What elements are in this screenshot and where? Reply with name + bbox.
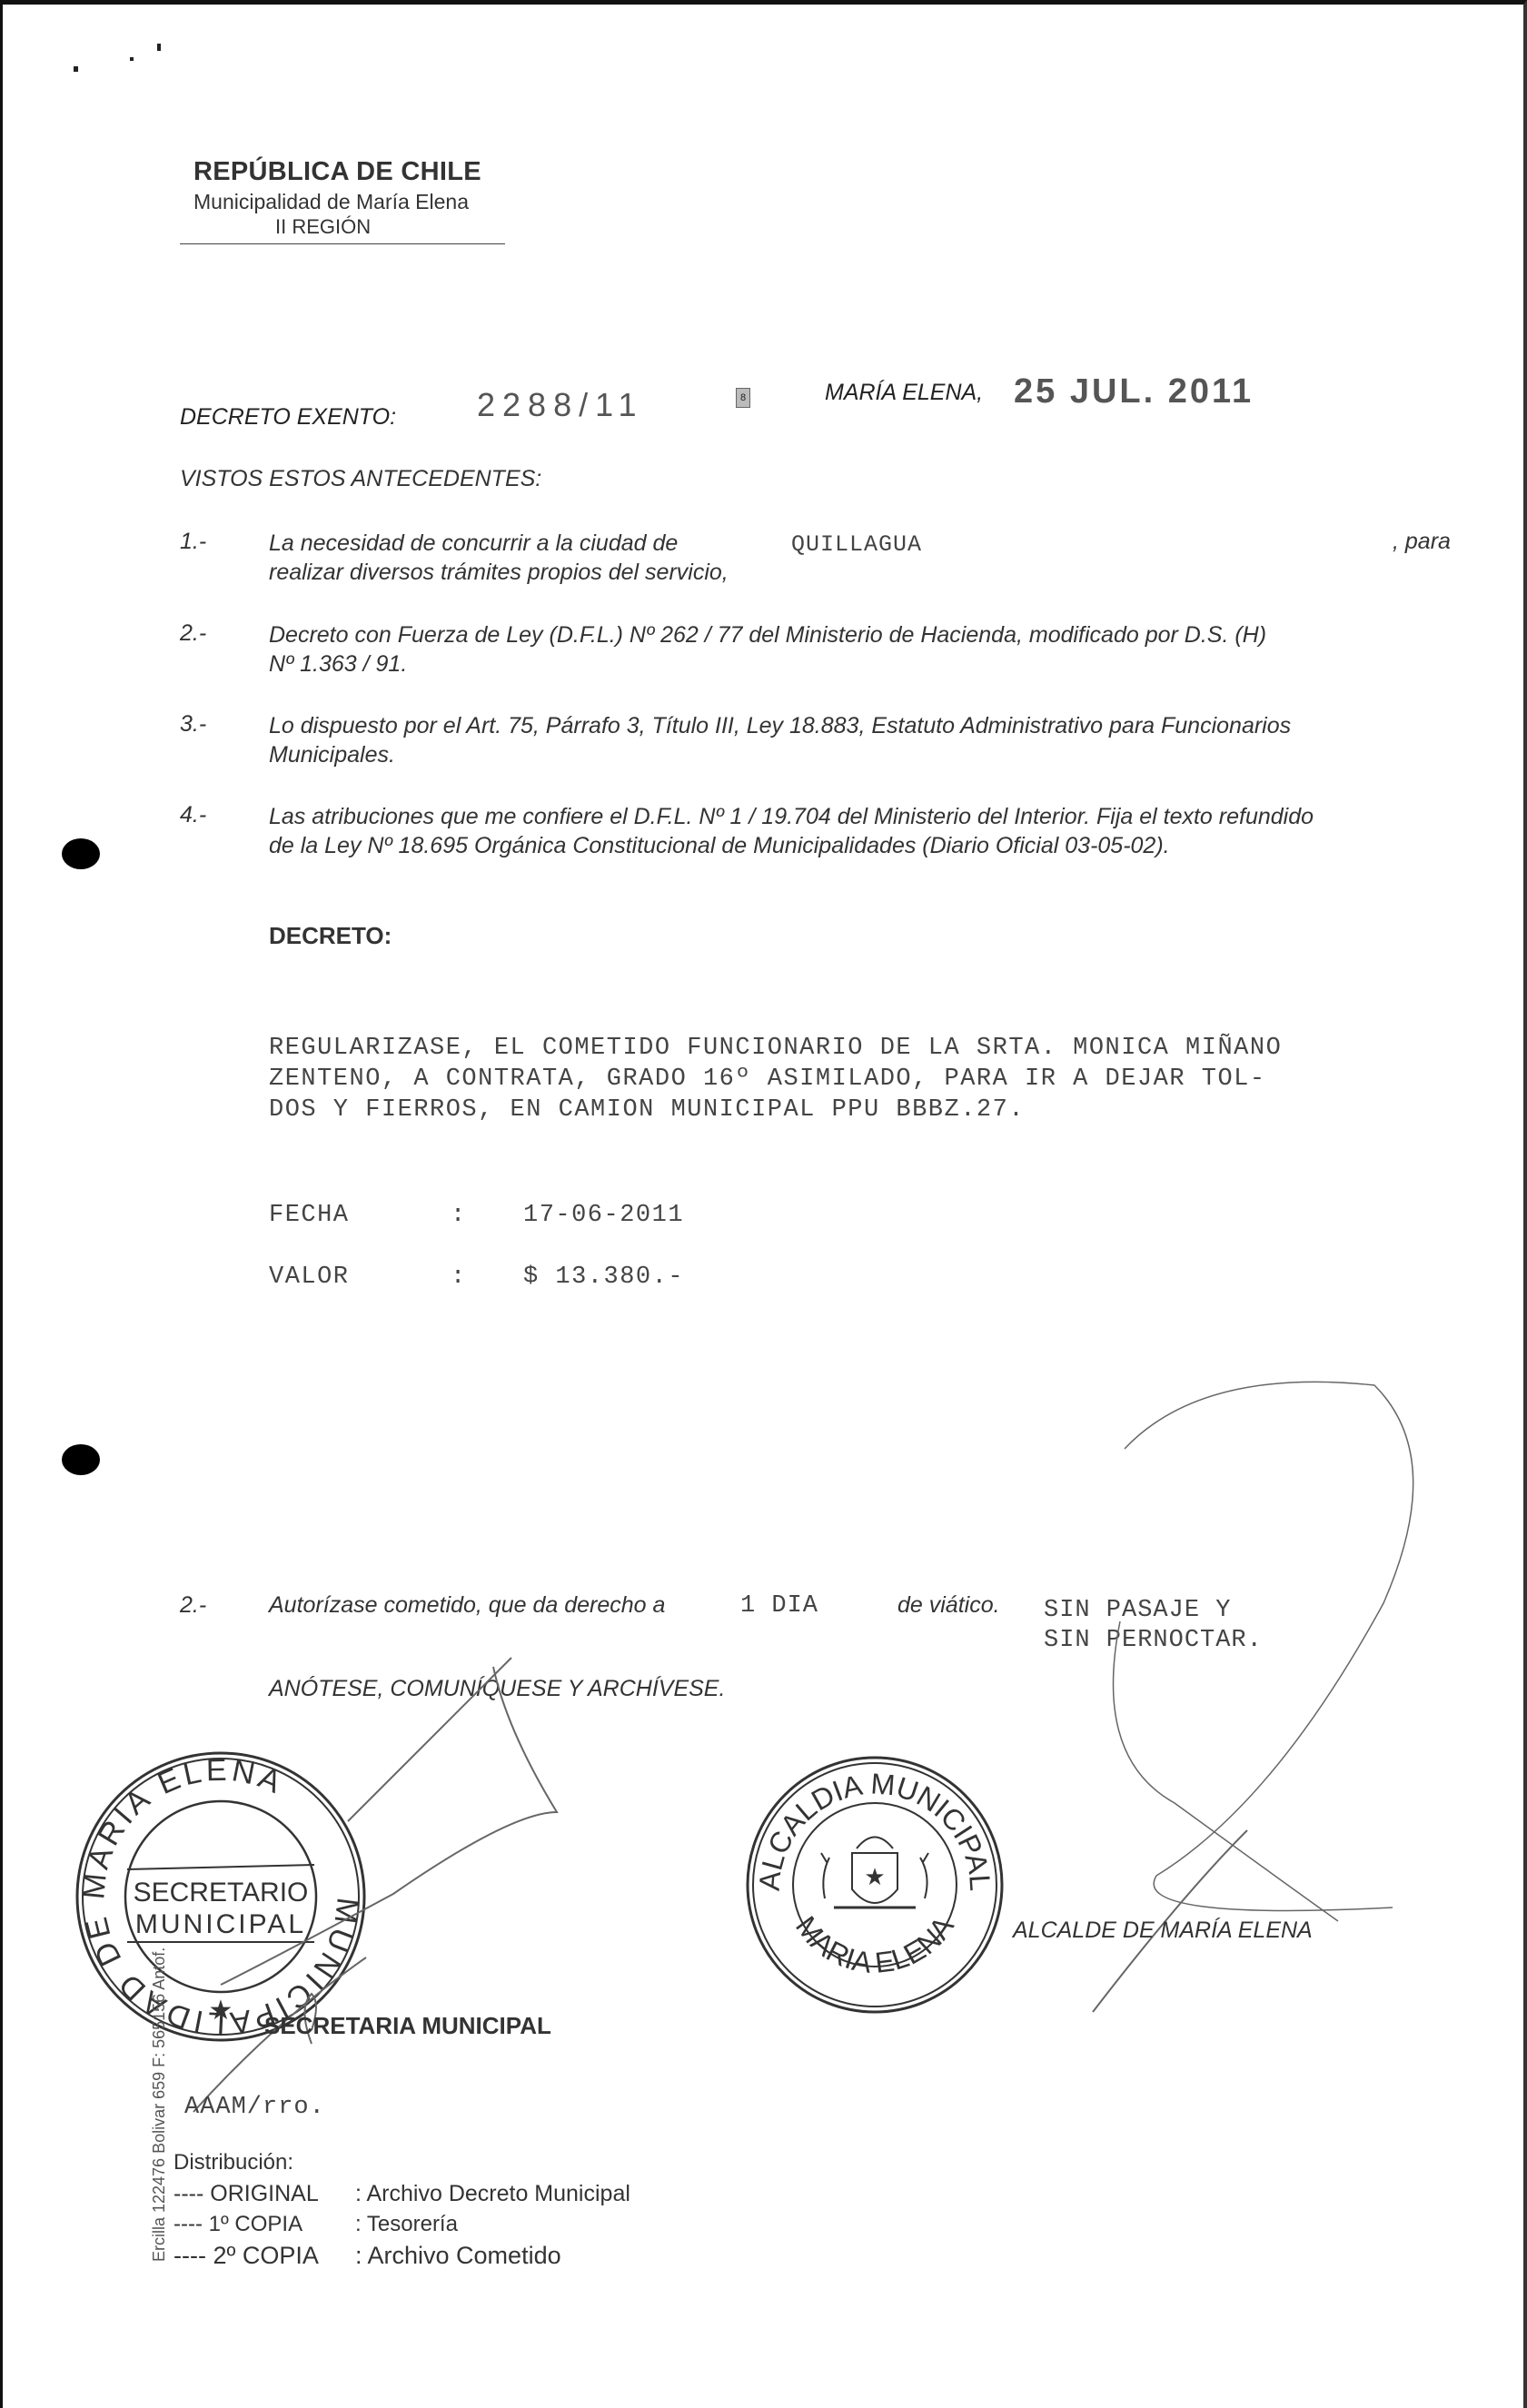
printer-note: Ercilla 122476 Bolivar 659 F: 565156 Ant… — [150, 1947, 169, 2262]
document-page: REPÚBLICA DE CHILE Municipalidad de Marí… — [0, 0, 1527, 2408]
distribution-row: ---- ORIGINAL: Archivo Decreto Municipal — [174, 2178, 630, 2209]
mayor-signature-title: ALCALDE DE MARÍA ELENA — [1013, 1917, 1313, 1944]
handwritten-signatures — [3, 5, 1527, 2408]
initials: AAAM/rro. — [184, 2094, 325, 2121]
distribution-heading: Distribución: — [174, 2150, 293, 2175]
distribution-list: ---- ORIGINAL: Archivo Decreto Municipal… — [174, 2178, 630, 2271]
secretary-signature-title: SECRETARIA MUNICIPAL — [264, 2012, 551, 2040]
distribution-row: ---- 2º COPIA: Archivo Cometido — [174, 2240, 630, 2271]
distribution-row: ---- 1º COPIA: Tesorería — [174, 2209, 630, 2240]
